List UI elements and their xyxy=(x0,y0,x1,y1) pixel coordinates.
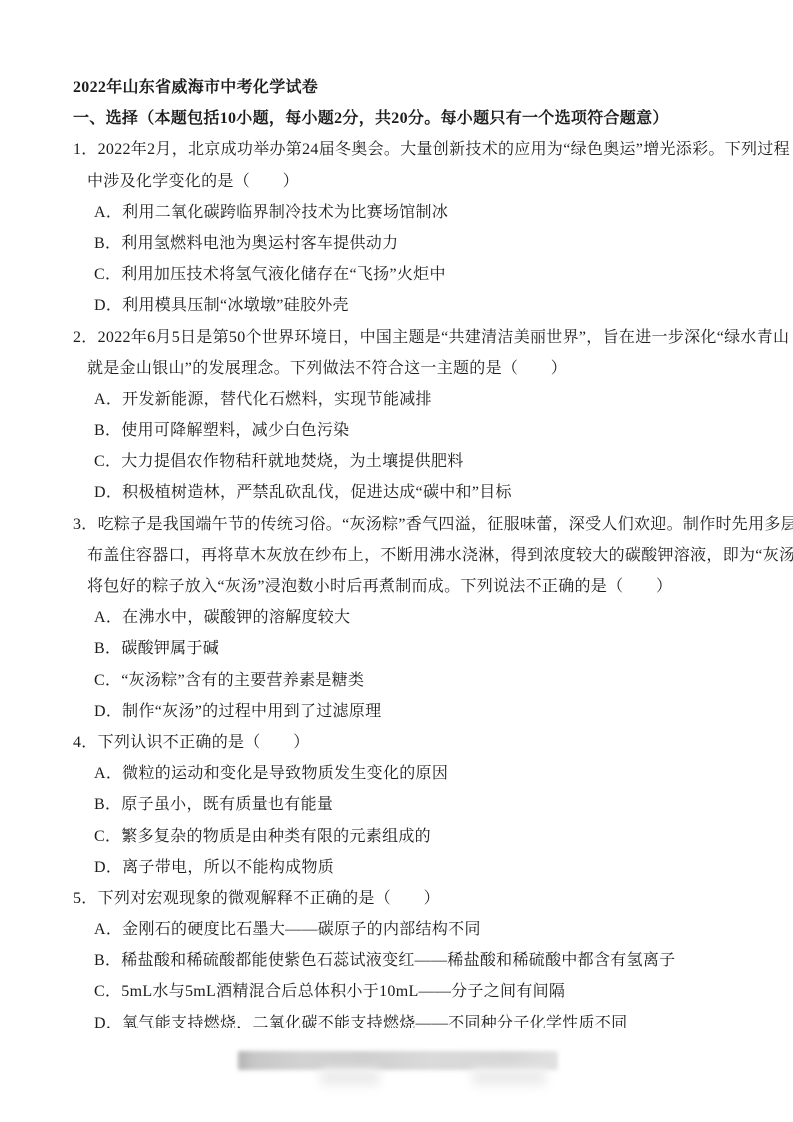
question-3-option-c: C．“灰汤粽”含有的主要营养素是糖类 xyxy=(0,665,793,696)
question-2-option-a: A．开发新能源，替代化石燃料，实现节能减排 xyxy=(0,384,793,415)
question-4-stem-line-1: 4．下列认识不正确的是（ ） xyxy=(0,727,793,758)
question-3-stem-line-3: 将包好的粽子放入“灰汤”浸泡数小时后再煮制而成。下列说法不正确的是（ ） xyxy=(0,571,793,602)
question-1-stem-line-2: 中涉及化学变化的是（ ） xyxy=(0,166,793,197)
question-1-stem-line-1: 1．2022年2月，北京成功举办第24届冬奥会。大量创新技术的应用为“绿色奥运”… xyxy=(0,134,793,165)
question-1-option-d: D．利用模具压制“冰墩墩”硅胶外壳 xyxy=(0,290,793,321)
exam-document: 2022年山东省威海市中考化学试卷 一、选择（本题包括10小题，每小题2分，共2… xyxy=(0,72,793,1028)
question-5-option-b: B．稀盐酸和稀硫酸都能使紫色石蕊试液变红——稀盐酸和稀硫酸中都含有氢离子 xyxy=(0,945,793,976)
question-4-option-d: D．离子带电，所以不能构成物质 xyxy=(0,852,793,883)
watermark-smudge-right xyxy=(472,1068,546,1086)
question-2-stem-line-2: 就是金山银山”的发展理念。下列做法不符合这一主题的是（ ） xyxy=(0,353,793,384)
question-1-option-b: B．利用氢燃料电池为奥运村客车提供动力 xyxy=(0,228,793,259)
question-2-option-b: B．使用可降解塑料，减少白色污染 xyxy=(0,415,793,446)
question-5-option-a: A．金刚石的硬度比石墨大——碳原子的内部结构不同 xyxy=(0,914,793,945)
exam-title: 2022年山东省威海市中考化学试卷 xyxy=(0,72,793,103)
question-5-stem-line-1: 5．下列对宏观现象的微观解释不正确的是（ ） xyxy=(0,883,793,914)
section-heading: 一、选择（本题包括10小题，每小题2分，共20分。每小题只有一个选项符合题意） xyxy=(0,103,793,134)
question-4-option-a: A．微粒的运动和变化是导致物质发生变化的原因 xyxy=(0,758,793,789)
exam-page: 2022年山东省威海市中考化学试卷 一、选择（本题包括10小题，每小题2分，共2… xyxy=(0,0,793,1122)
question-3-stem-line-1: 3．吃粽子是我国端午节的传统习俗。“灰汤粽”香气四溢，征服味蕾，深受人们欢迎。制… xyxy=(0,509,793,540)
watermark-smudge-left xyxy=(320,1068,380,1086)
question-1-option-a: A．利用二氧化碳跨临界制冷技术为比赛场馆制冰 xyxy=(0,197,793,228)
question-5-option-c: C．5mL水与5mL酒精混合后总体积小于10mL——分子之间有间隔 xyxy=(0,976,793,1007)
question-2-stem-line-1: 2．2022年6月5日是第50个世界环境日，中国主题是“共建清洁美丽世界”，旨在… xyxy=(0,322,793,353)
question-5-option-d-clipped: D．氧气能支持燃烧，二氧化碳不能支持燃烧——不同种分子化学性质不同 xyxy=(0,1008,793,1028)
question-4-option-b: B．原子虽小，既有质量也有能量 xyxy=(0,789,793,820)
question-3-option-b: B．碳酸钾属于碱 xyxy=(0,633,793,664)
question-1-option-c: C．利用加压技术将氢气液化储存在“飞扬”火炬中 xyxy=(0,259,793,290)
question-2-option-d: D．积极植树造林，严禁乱砍乱伐，促进达成“碳中和”目标 xyxy=(0,477,793,508)
question-3-option-a: A．在沸水中，碳酸钾的溶解度较大 xyxy=(0,602,793,633)
question-3-option-d: D．制作“灰汤”的过程中用到了过滤原理 xyxy=(0,696,793,727)
question-4-option-c: C．繁多复杂的物质是由种类有限的元素组成的 xyxy=(0,821,793,852)
question-3-stem-line-2: 布盖住容器口，再将草木灰放在纱布上，不断用沸水浇淋，得到浓度较大的碳酸钾溶液，即… xyxy=(0,540,793,571)
question-2-option-c: C．大力提倡农作物秸秆就地焚烧，为土壤提供肥料 xyxy=(0,446,793,477)
